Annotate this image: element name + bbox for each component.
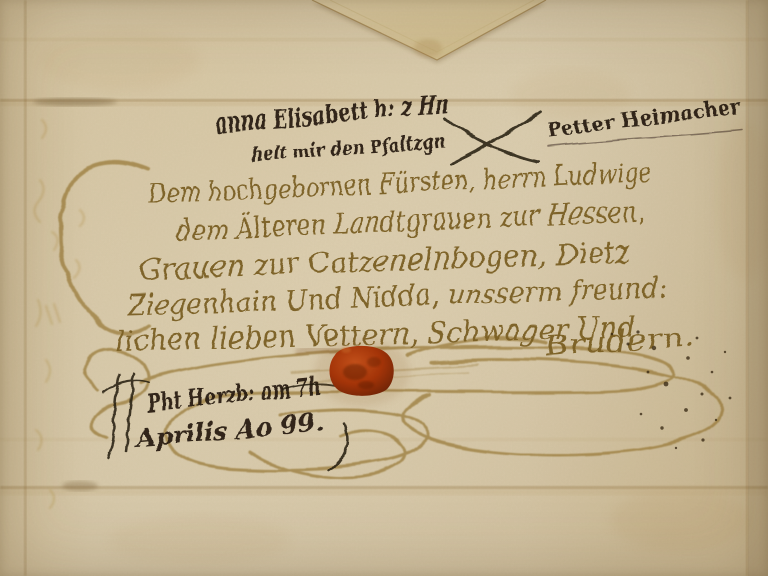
letter-svg: Dem hochgebornen Fürsten, herrn Ludwige … — [0, 0, 768, 576]
paper-grain — [0, 0, 768, 576]
letter-photo: Dem hochgebornen Fürsten, herrn Ludwige … — [0, 0, 768, 576]
